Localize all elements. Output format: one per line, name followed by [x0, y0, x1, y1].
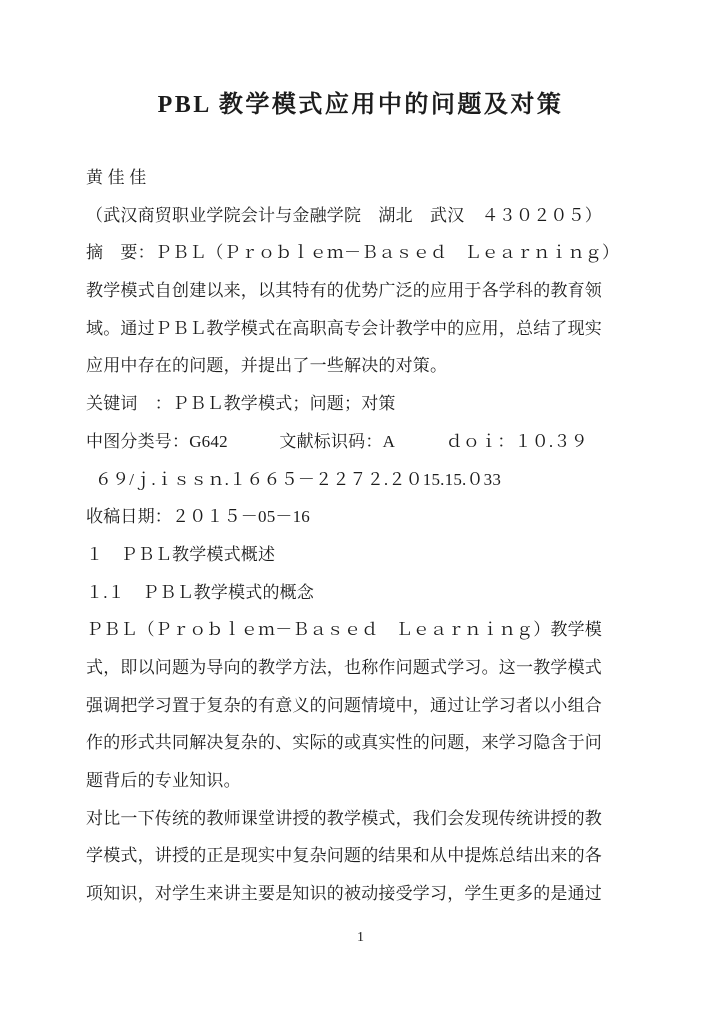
document-page: PBL 教学模式应用中的问题及对策 黄 佳 佳 （武汉商贸职业学院会计与金融学院…: [0, 0, 721, 1020]
text-line: 式，即以问题为导向的教学方法，也称作问题式学习。这一教学模式: [86, 649, 626, 687]
text-line: 应用中存在的问题，并提出了一些解决的对策。: [86, 347, 626, 385]
author-line: 黄 佳 佳: [86, 159, 626, 197]
text-line: 域。通过ＰＢＬ教学模式在高职高专会计教学中的应用，总结了现实: [86, 310, 626, 348]
text-line: 题背后的专业知识。: [86, 762, 626, 800]
page-number: 1: [0, 929, 721, 947]
text-line: ＰＢＬ（Ｐｒｏｂｌｅｍ－Ｂａｓｅｄ Ｌｅａｒｎｉｎｇ）教学模: [86, 611, 626, 649]
text-line: ６９/ｊ.ｉｓｓｎ.１６６５－２２７２.２０15.15.０33: [86, 461, 626, 499]
text-line: 学模式，讲授的正是现实中复杂问题的结果和从中提炼总结出来的各: [86, 837, 626, 875]
affiliation-line: （武汉商贸职业学院会计与金融学院 湖北 武汉 ４３０２０５）: [86, 197, 626, 235]
body-lines: 摘 要：ＰＢＬ（Ｐｒｏｂｌｅｍ－Ｂａｓｅｄ Ｌｅａｒｎｉｎｇ）教学模式自创建以来…: [86, 234, 626, 912]
text-line: 摘 要：ＰＢＬ（Ｐｒｏｂｌｅｍ－Ｂａｓｅｄ Ｌｅａｒｎｉｎｇ）: [86, 234, 626, 272]
document-body: 黄 佳 佳 （武汉商贸职业学院会计与金融学院 湖北 武汉 ４３０２０５） 摘 要…: [86, 159, 626, 913]
page-title: PBL 教学模式应用中的问题及对策: [0, 88, 721, 122]
text-line: 作的形式共同解决复杂的、实际的或真实性的问题，来学习隐含于问: [86, 724, 626, 762]
text-line: 强调把学习置于复杂的有意义的问题情境中，通过让学习者以小组合: [86, 687, 626, 725]
text-line: 收稿日期：２０１５－05－16: [86, 498, 626, 536]
text-line: １ ＰＢＬ教学模式概述: [86, 536, 626, 574]
text-line: 关键词 ：ＰＢＬ教学模式；问题；对策: [86, 385, 626, 423]
text-line: １.１ ＰＢＬ教学模式的概念: [86, 574, 626, 612]
text-line: 对比一下传统的教师课堂讲授的教学模式，我们会发现传统讲授的教: [86, 800, 626, 838]
text-line: 项知识，对学生来讲主要是知识的被动接受学习，学生更多的是通过: [86, 875, 626, 913]
text-line: 中图分类号：G642 文献标识码：A ｄｏｉ：１０.３９: [86, 423, 626, 461]
text-line: 教学模式自创建以来，以其特有的优势广泛的应用于各学科的教育领: [86, 272, 626, 310]
